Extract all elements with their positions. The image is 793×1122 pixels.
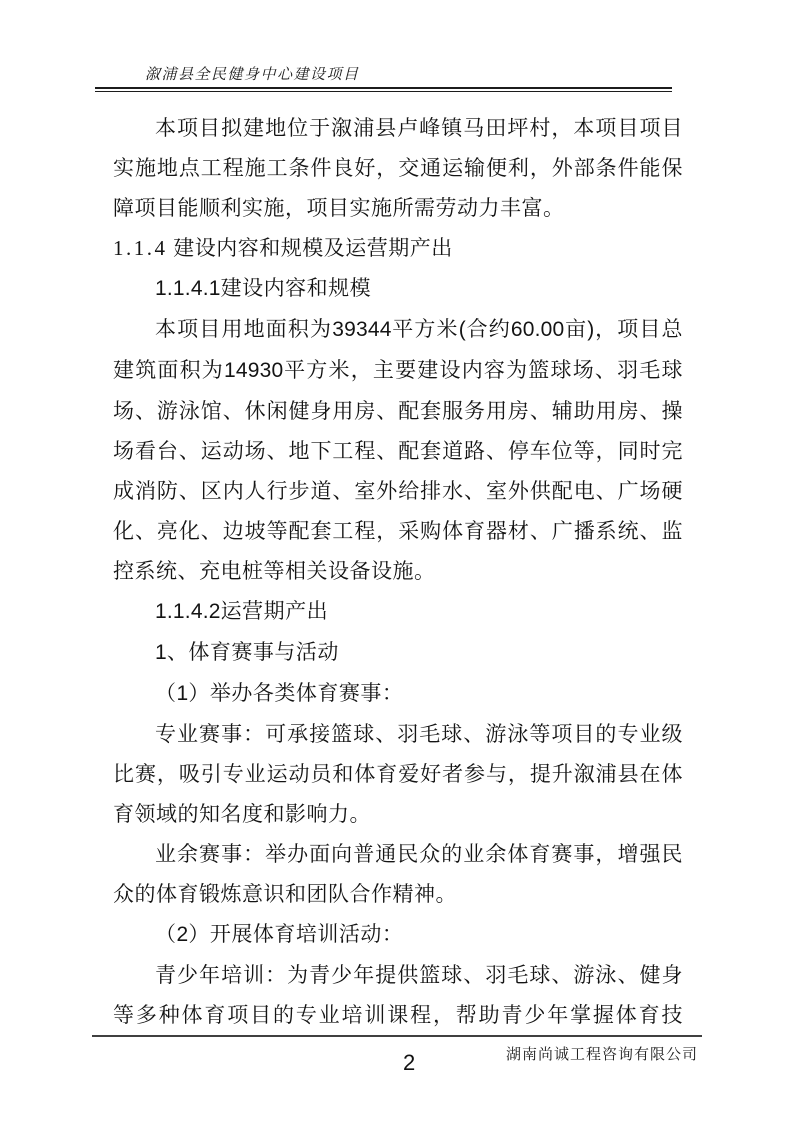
text-run: 平方米 <box>392 317 459 341</box>
text-run: 2 <box>177 923 189 946</box>
text-run: 运营期产出 <box>221 599 329 623</box>
document-page: 溆浦县全民健身中心建设项目 本项目拟建地位于溆浦县卢峰镇马田坪村，本项目项目实施… <box>0 0 793 1122</box>
paragraph-youth-training: 青少年培训：为青少年提供篮球、羽毛球、游泳、健身等多种体育项目的专业培训课程，帮… <box>113 955 683 1038</box>
paragraph-site-conditions: 本项目拟建地位于溆浦县卢峰镇马田坪村，本项目项目实施地点工程施工条件良好，交通运… <box>113 108 683 228</box>
footer-company: 湖南尚诚工程咨询有限公司 <box>506 1043 698 1064</box>
text-run: 合约 <box>466 317 511 341</box>
document-body: 本项目拟建地位于溆浦县卢峰镇马田坪村，本项目项目实施地点工程施工条件良好，交通运… <box>113 108 683 1038</box>
text-run: （ <box>155 681 177 705</box>
text-run: ）开展体育培训活动： <box>188 922 403 946</box>
text-run: 1 <box>155 641 167 664</box>
list-item-hold-events: （1）举办各类体育赛事： <box>113 673 683 714</box>
section-heading-1-1-4-2: 1.1.4.2运营期产出 <box>113 591 683 632</box>
text-run: ）举办各类体育赛事： <box>188 681 403 705</box>
text-run: 业余赛事：举办面向普通民众的业余体育赛事，增强民众的体育锻炼意识和团队合作精神。 <box>113 842 683 906</box>
text-run: 1.1.4 <box>113 236 168 260</box>
list-heading-sports-events: 1、体育赛事与活动 <box>113 632 683 673</box>
text-run: 39344 <box>332 318 391 341</box>
text-run: 专业赛事：可承接篮球、羽毛球、游泳等项目的专业级比赛，吸引专业运动员和体育爱好者… <box>113 722 683 826</box>
text-run: 本项目用地面积为 <box>155 317 332 341</box>
paragraph-amateur-events: 业余赛事：举办面向普通民众的业余体育赛事，增强民众的体育锻炼意识和团队合作精神。 <box>113 834 683 914</box>
text-run: 14930 <box>224 359 283 382</box>
footer-rule <box>92 1035 702 1037</box>
text-run: 建设内容和规模 <box>221 276 372 300</box>
list-item-sports-training: （2）开展体育培训活动： <box>113 914 683 955</box>
text-run: 建设内容和规模及运营期产出 <box>168 236 453 260</box>
text-run: 1.1.4.1 <box>155 277 221 300</box>
page-number: 2 <box>403 1050 415 1076</box>
header-rule <box>95 87 672 92</box>
text-run: ( <box>459 318 466 341</box>
text-run: 60.00 <box>511 318 565 341</box>
header-title: 溆浦县全民健身中心建设项目 <box>145 63 360 84</box>
text-run: 平方米，主要建设内容为篮球场、羽毛球场、游泳馆、休闲健身用房、配套服务用房、辅助… <box>113 358 683 583</box>
text-run: 青少年培训：为青少年提供篮球、羽毛球、游泳、健身等多种体育项目的专业培训课程，帮… <box>113 963 683 1038</box>
text-run: 本项目拟建地位于溆浦县卢峰镇马田坪村，本项目项目实施地点工程施工条件良好，交通运… <box>113 116 683 220</box>
text-run: 1.1.4.2 <box>155 600 221 623</box>
text-run: （ <box>155 922 177 946</box>
paragraph-professional-events: 专业赛事：可承接篮球、羽毛球、游泳等项目的专业级比赛，吸引专业运动员和体育爱好者… <box>113 714 683 834</box>
section-heading-1-1-4: 1.1.4 建设内容和规模及运营期产出 <box>113 228 683 268</box>
text-run: 亩 <box>564 317 587 341</box>
text-run: 1 <box>177 682 189 705</box>
text-run: 、体育赛事与活动 <box>167 640 339 664</box>
section-heading-1-1-4-1: 1.1.4.1建设内容和规模 <box>113 268 683 309</box>
paragraph-construction-scale: 本项目用地面积为39344平方米(合约60.00亩)，项目总建筑面积为14930… <box>113 309 683 591</box>
